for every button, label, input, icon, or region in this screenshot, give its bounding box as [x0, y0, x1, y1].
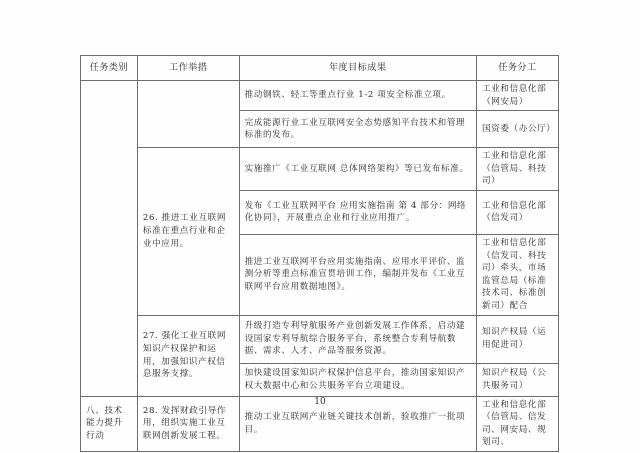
division-cell: 国资委（办公厅） — [476, 111, 558, 148]
division-cell: 工业和信息化部（信发司、科技司）牵头，市场监管总局（标准技术司、标准创新司）配合 — [476, 234, 558, 315]
goal-cell: 完成能源行业工业互联网安全态势感知平台技术和管理标准的发布。 — [239, 111, 476, 148]
measure-cell-27: 27. 强化工业互联网知识产权保护和运用，加强知识产权信息服务支撑。 — [137, 315, 239, 396]
measure-cell-empty — [137, 81, 239, 148]
document-page: 任务类别 工作举措 年度目标成果 任务分工 推动钢铁、轻工等重点行业 1-2 项… — [0, 0, 640, 453]
category-cell-empty — [81, 81, 138, 397]
division-cell: 工业和信息化部（网安局） — [476, 81, 558, 111]
division-cell: 工业和信息化部（信发司） — [476, 190, 558, 234]
measure-cell-26: 26. 推进工业互联网标准在重点行业和企业中应用。 — [137, 148, 239, 315]
division-cell: 知识产权局（运用促进司） — [476, 315, 558, 363]
goal-cell: 升级打造专利导航服务产业创新发展工作体系，启动建设国家专利导航综合服务平台，系统… — [239, 315, 476, 363]
goal-cell: 推进工业互联网平台应用实施指南、应用水平评价、监测分析等重点标准宣贯培训工作，编… — [239, 234, 476, 315]
header-work-measure: 工作举措 — [137, 56, 239, 81]
table-header-row: 任务类别 工作举措 年度目标成果 任务分工 — [81, 56, 559, 81]
table-row: 推动钢铁、轻工等重点行业 1-2 项安全标准立项。 工业和信息化部（网安局） — [81, 81, 559, 111]
header-annual-goal: 年度目标成果 — [239, 56, 476, 81]
header-task-category: 任务类别 — [81, 56, 138, 81]
header-division: 任务分工 — [476, 56, 558, 81]
division-cell: 工业和信息化部（信管局、科技司） — [476, 148, 558, 191]
goal-cell: 发布《工业互联网平台 应用实施指南 第 4 部分：网络化协同》，开展重点企业和行… — [239, 190, 476, 234]
division-cell: 知识产权局（公共服务司） — [476, 363, 558, 396]
goal-cell: 推动钢铁、轻工等重点行业 1-2 项安全标准立项。 — [239, 81, 476, 111]
page-number: 10 — [0, 397, 640, 407]
table-row: 27. 强化工业互联网知识产权保护和运用，加强知识产权信息服务支撑。 升级打造专… — [81, 315, 559, 363]
task-table: 任务类别 工作举措 年度目标成果 任务分工 推动钢铁、轻工等重点行业 1-2 项… — [80, 55, 559, 452]
table-row: 26. 推进工业互联网标准在重点行业和企业中应用。 实施推广《工业互联网 总体网… — [81, 148, 559, 191]
goal-cell: 实施推广《工业互联网 总体网络架构》等已发布标准。 — [239, 148, 476, 191]
goal-cell: 加快建设国家知识产权保护信息平台，推动国家知识产权大数据中心和公共服务平台立项建… — [239, 363, 476, 396]
